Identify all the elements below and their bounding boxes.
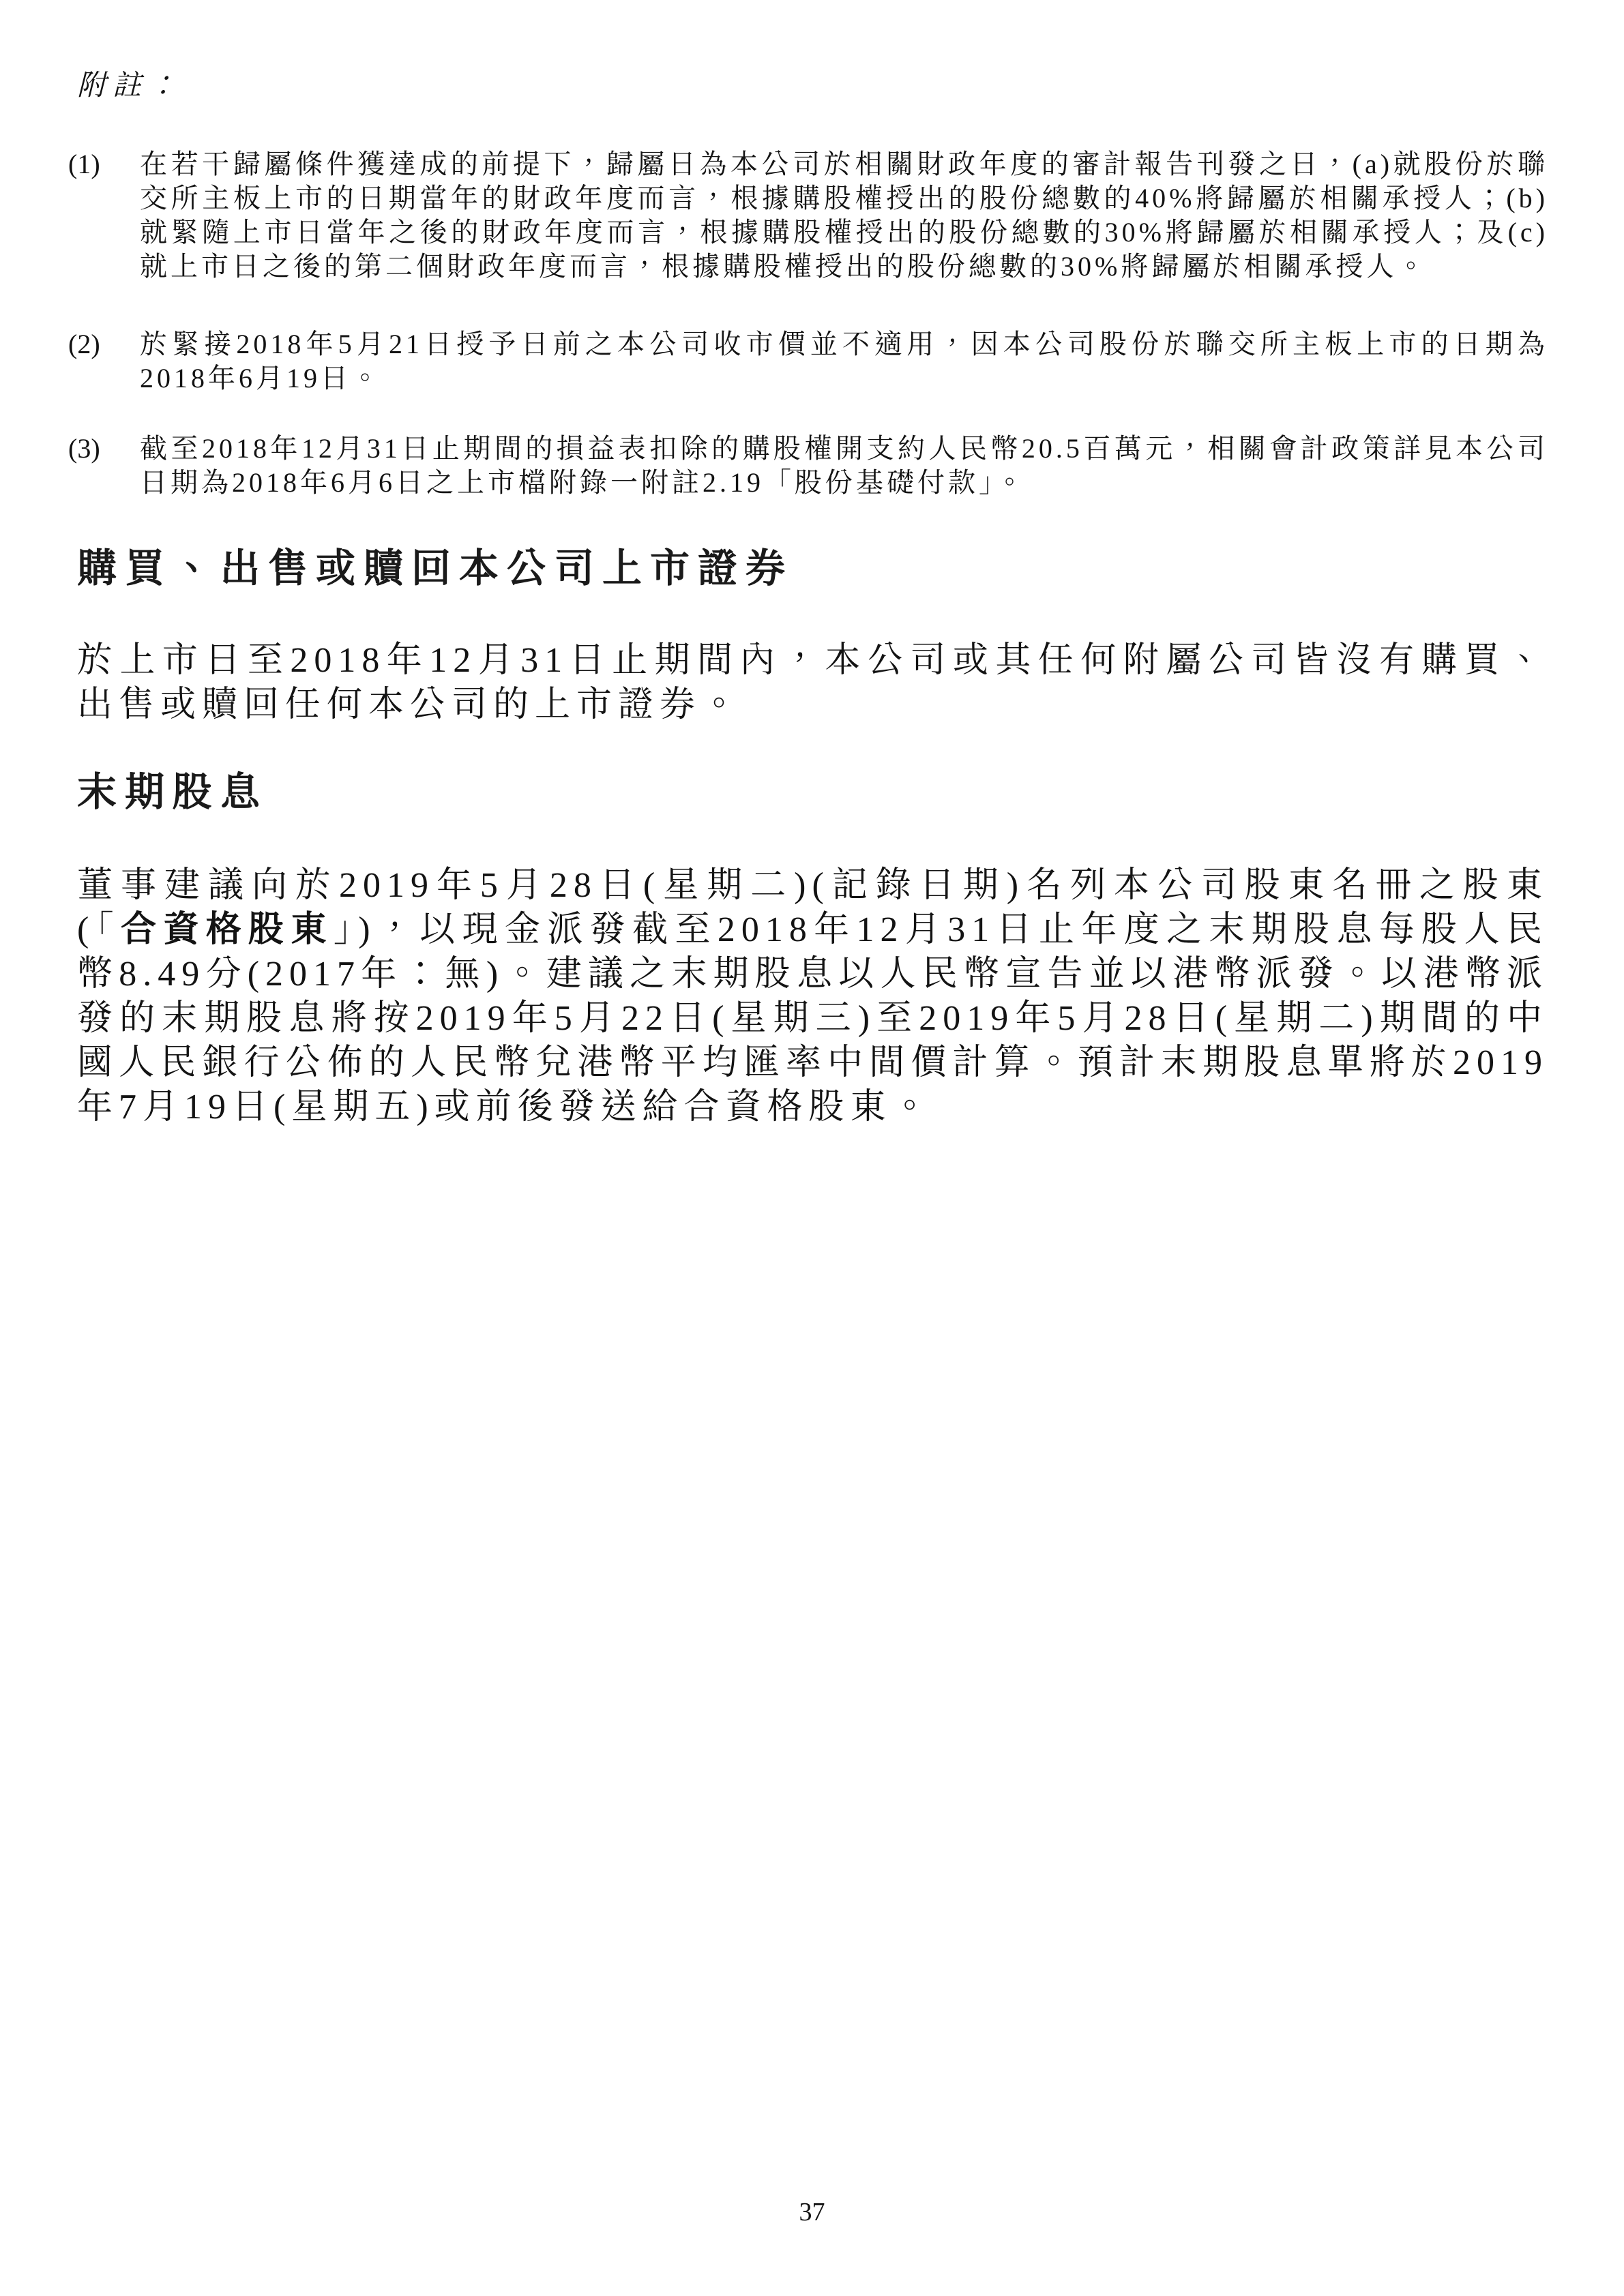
document-page: 附註： (1) 在若干歸屬條件獲達成的前提下，歸屬日為本公司於相關財政年度的審計… bbox=[0, 0, 1624, 2296]
section-heading-final-dividend: 末期股息 bbox=[77, 771, 1548, 814]
final-dividend-paragraph: 董事建議向於2019年5月28日(星期二)(記錄日期)名列本公司股東名冊之股東(… bbox=[77, 863, 1548, 1129]
page-number: 37 bbox=[0, 2197, 1624, 2227]
footnote-2: (2) 於緊接2018年5月21日授予日前之本公司收市價並不適用，因本公司股份於… bbox=[68, 327, 1548, 396]
footnote-3-text: 截至2018年12月31日止期間的損益表扣除的購股權開支約人民幣20.5百萬元，… bbox=[140, 432, 1548, 500]
footnote-1-text: 在若干歸屬條件獲達成的前提下，歸屬日為本公司於相關財政年度的審計報告刊發之日，(… bbox=[140, 147, 1548, 284]
footnote-1-number: (1) bbox=[68, 147, 140, 181]
footnote-2-text: 於緊接2018年5月21日授予日前之本公司收市價並不適用，因本公司股份於聯交所主… bbox=[140, 327, 1548, 396]
footnote-1: (1) 在若干歸屬條件獲達成的前提下，歸屬日為本公司於相關財政年度的審計報告刊發… bbox=[68, 147, 1548, 284]
footnote-2-number: (2) bbox=[68, 327, 140, 361]
section-heading-buyback: 購買、出售或贖回本公司上市證券 bbox=[77, 547, 1548, 591]
footnote-3-number: (3) bbox=[68, 432, 140, 466]
buyback-paragraph: 於上市日至2018年12月31日止期間內，本公司或其任何附屬公司皆沒有購買、出售… bbox=[77, 638, 1548, 727]
notes-label: 附註： bbox=[77, 68, 183, 104]
footnote-3: (3) 截至2018年12月31日止期間的損益表扣除的購股權開支約人民幣20.5… bbox=[68, 432, 1548, 500]
eligible-shareholders-bold-term: 合資格股東 bbox=[121, 910, 334, 949]
